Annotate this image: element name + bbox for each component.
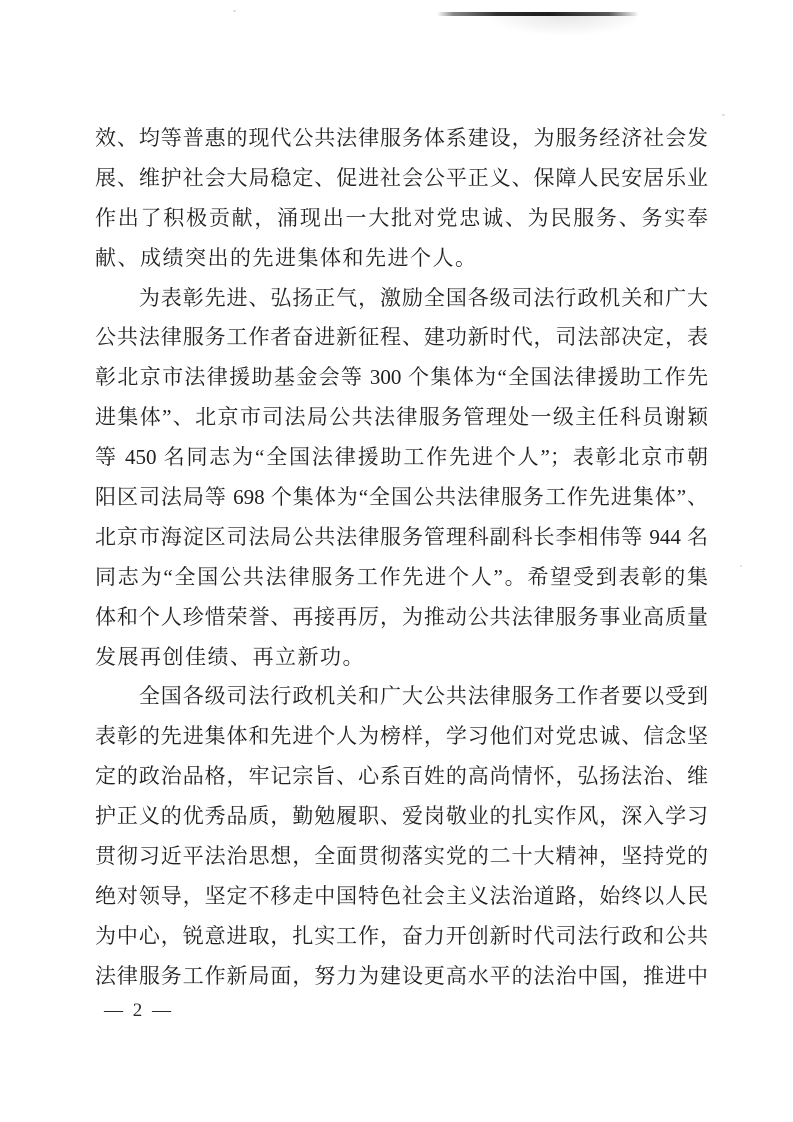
text-line: 为中心，锐意进取，扎实工作，奋力开创新时代司法行政和公共 [95,917,708,957]
text-line: 表彰的先进集体和先进个人为榜样，学习他们对党忠诚、信念坚 [95,717,708,757]
text-block: 效、均等普惠的现代公共法律服务体系建设，为服务经济社会发展、维护社会大局稳定、促… [95,119,708,997]
text-line: 公共法律服务工作者奋进新征程、建功新时代，司法部决定，表 [95,318,708,358]
text-line: 阳区司法局等 698 个集体为“全国公共法律服务工作先进集体”、 [95,478,708,518]
text-line: 作出了积极贡献，涌现出一大批对党忠诚、为民服务、务实奉 [95,199,708,239]
text-line: 全国各级司法行政机关和广大公共法律服务工作者要以受到 [95,677,708,717]
text-line: 发展再创佳绩、再立新功。 [95,638,708,678]
text-line: 展、维护社会大局稳定、促进社会公平正义、保障人民安居乐业 [95,159,708,199]
text-line: 法律服务工作新局面，努力为建设更高水平的法治中国，推进中 [95,957,708,997]
text-line: 献、成绩突出的先进集体和先进个人。 [95,239,708,279]
text-line: 彰北京市法律援助基金会等 300 个集体为“全国法律援助工作先 [95,358,708,398]
text-line: 进集体”、北京市司法局公共法律服务管理处一级主任科员谢颖 [95,398,708,438]
scan-speck [722,114,725,116]
text-line: 定的政治品格，牢记宗旨、心系百姓的高尚情怀，弘扬法治、维 [95,757,708,797]
page-number: — 2 — [104,1000,174,1022]
scan-speck [233,10,236,12]
text-line: 北京市海淀区司法局公共法律服务管理科副科长李相伟等 944 名 [95,518,708,558]
text-line: 为表彰先进、弘扬正气，激励全国各级司法行政机关和广大 [95,279,708,319]
text-line: 绝对领导，坚定不移走中国特色社会主义法治道路，始终以人民 [95,877,708,917]
scan-speck [740,565,742,567]
text-line: 贯彻习近平法治思想，全面贯彻落实党的二十大精神，坚持党的 [95,837,708,877]
text-line: 等 450 名同志为“全国法律援助工作先进个人”；表彰北京市朝 [95,438,708,478]
scanned-document-page: 效、均等普惠的现代公共法律服务体系建设，为服务经济社会发展、维护社会大局稳定、促… [0,0,793,1122]
text-line: 同志为“全国公共法律服务工作先进个人”。希望受到表彰的集 [95,558,708,598]
text-line: 效、均等普惠的现代公共法律服务体系建设，为服务经济社会发 [95,119,708,159]
text-line: 护正义的优秀品质，勤勉履职、爱岗敬业的扎实作风，深入学习 [95,797,708,837]
scan-smudge-artifact [488,14,636,42]
text-line: 体和个人珍惜荣誉、再接再厉，为推动公共法律服务事业高质量 [95,598,708,638]
